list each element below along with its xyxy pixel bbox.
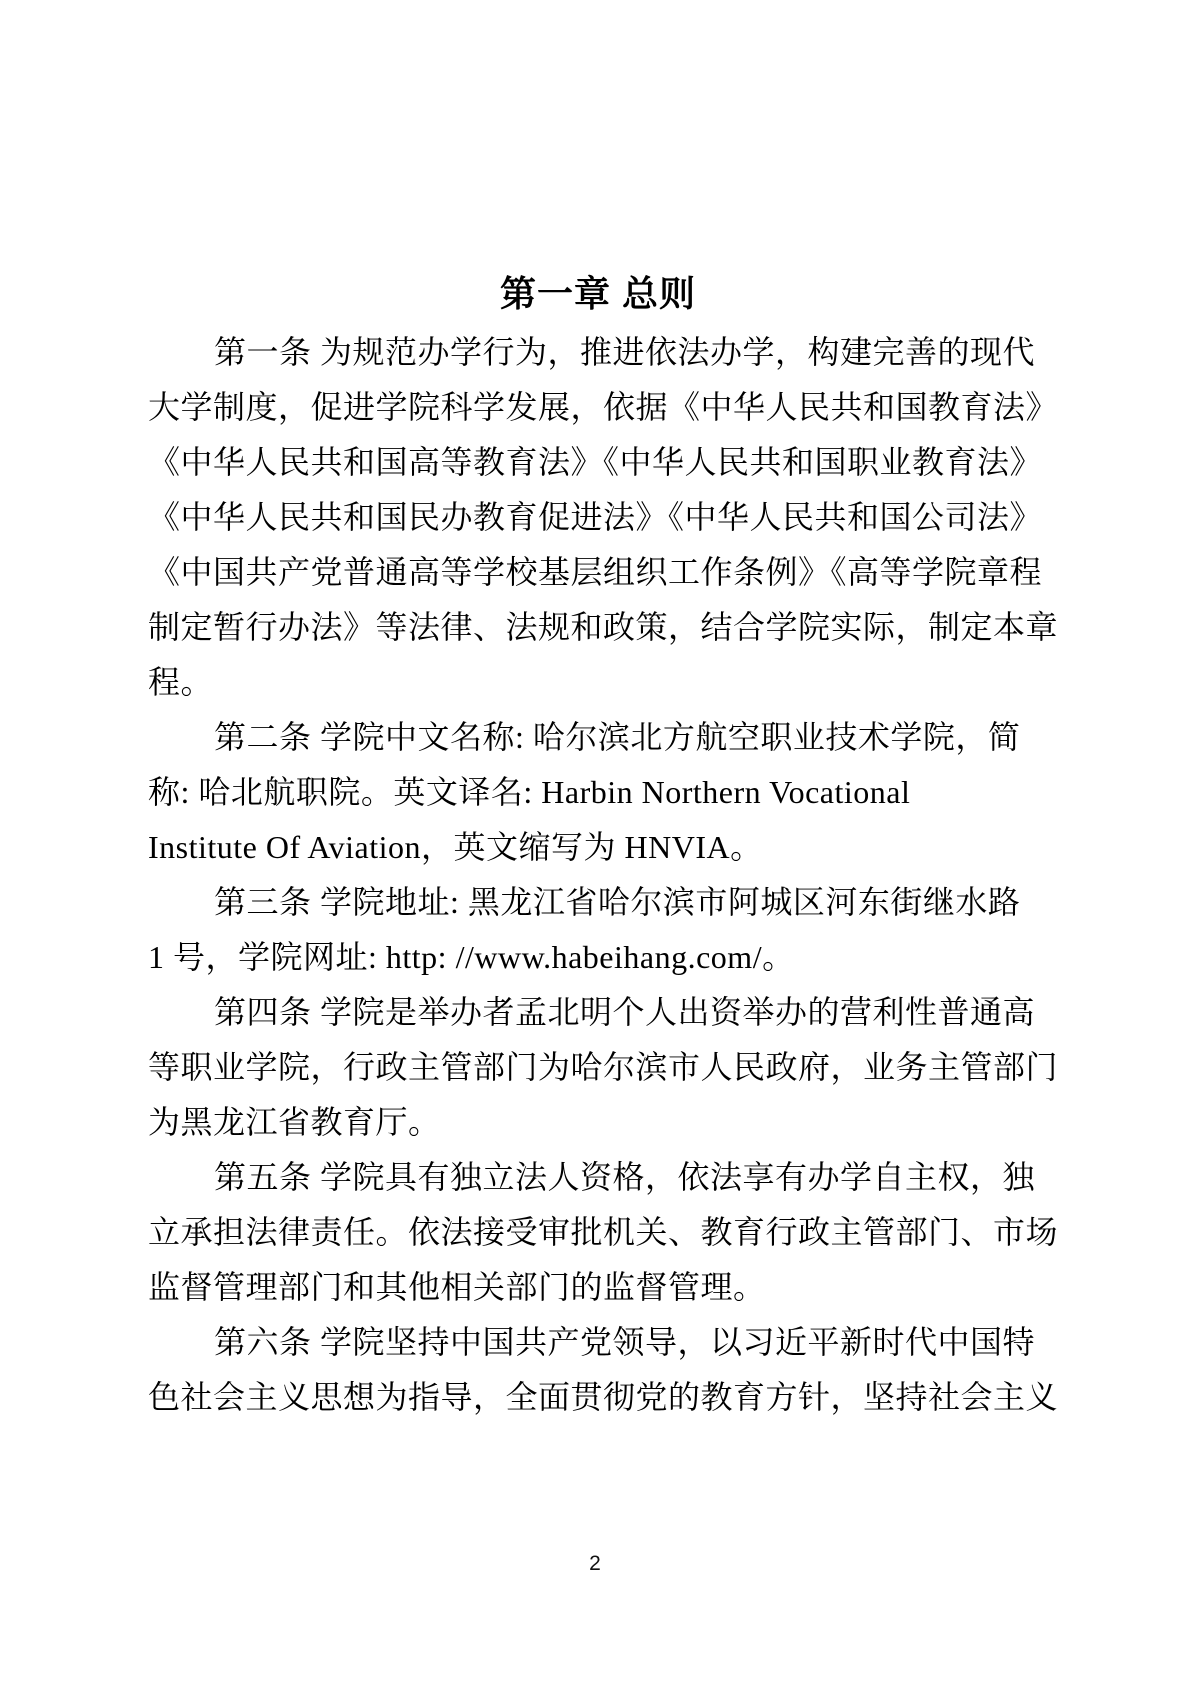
text-line: 等职业学院，行政主管部门为哈尔滨市人民政府，业务主管部门	[148, 1040, 1048, 1095]
text-line: 称: 哈北航职院。英文译名: Harbin Northern Vocationa…	[148, 765, 1048, 820]
text-line: 大学制度，促进学院科学发展，依据《中华人民共和国教育法》	[148, 380, 1048, 435]
text-line: 程。	[148, 655, 1048, 710]
text-line: 第二条 学院中文名称: 哈尔滨北方航空职业技术学院，简	[148, 710, 1048, 765]
text-line: Institute Of Aviation，英文缩写为 HNVIA。	[148, 820, 1048, 875]
chapter-heading: 第一章 总则	[148, 265, 1048, 323]
text-line: 第四条 学院是举办者孟北明个人出资举办的营利性普通高	[148, 985, 1048, 1040]
page-number: 2	[0, 1552, 1190, 1576]
text-line: 第六条 学院坚持中国共产党领导，以习近平新时代中国特	[148, 1315, 1048, 1370]
text-line: 为黑龙江省教育厅。	[148, 1095, 1048, 1150]
text-line: 《中华人民共和国民办教育促进法》《中华人民共和国公司法》	[148, 490, 1048, 545]
body-text: 第一条 为规范办学行为，推进依法办学，构建完善的现代 大学制度，促进学院科学发展…	[148, 325, 1048, 1425]
text-line: 监督管理部门和其他相关部门的监督管理。	[148, 1260, 1048, 1315]
document-page: 第一章 总则 第一条 为规范办学行为，推进依法办学，构建完善的现代 大学制度，促…	[0, 0, 1190, 1683]
text-line: 第五条 学院具有独立法人资格，依法享有办学自主权，独	[148, 1150, 1048, 1205]
text-line: 制定暂行办法》等法律、法规和政策，结合学院实际，制定本章	[148, 600, 1048, 655]
text-line: 第一条 为规范办学行为，推进依法办学，构建完善的现代	[148, 325, 1048, 380]
text-line: 第三条 学院地址: 黑龙江省哈尔滨市阿城区河东街继水路	[148, 875, 1048, 930]
page-content: 第一章 总则 第一条 为规范办学行为，推进依法办学，构建完善的现代 大学制度，促…	[148, 265, 1048, 1425]
text-line: 色社会主义思想为指导，全面贯彻党的教育方针，坚持社会主义	[148, 1370, 1048, 1425]
text-line: 立承担法律责任。依法接受审批机关、教育行政主管部门、市场	[148, 1205, 1048, 1260]
text-line: 《中国共产党普通高等学校基层组织工作条例》《高等学院章程	[148, 545, 1048, 600]
text-line: 1 号，学院网址: http: //www.habeihang.com/。	[148, 930, 1048, 985]
text-line: 《中华人民共和国高等教育法》《中华人民共和国职业教育法》	[148, 435, 1048, 490]
